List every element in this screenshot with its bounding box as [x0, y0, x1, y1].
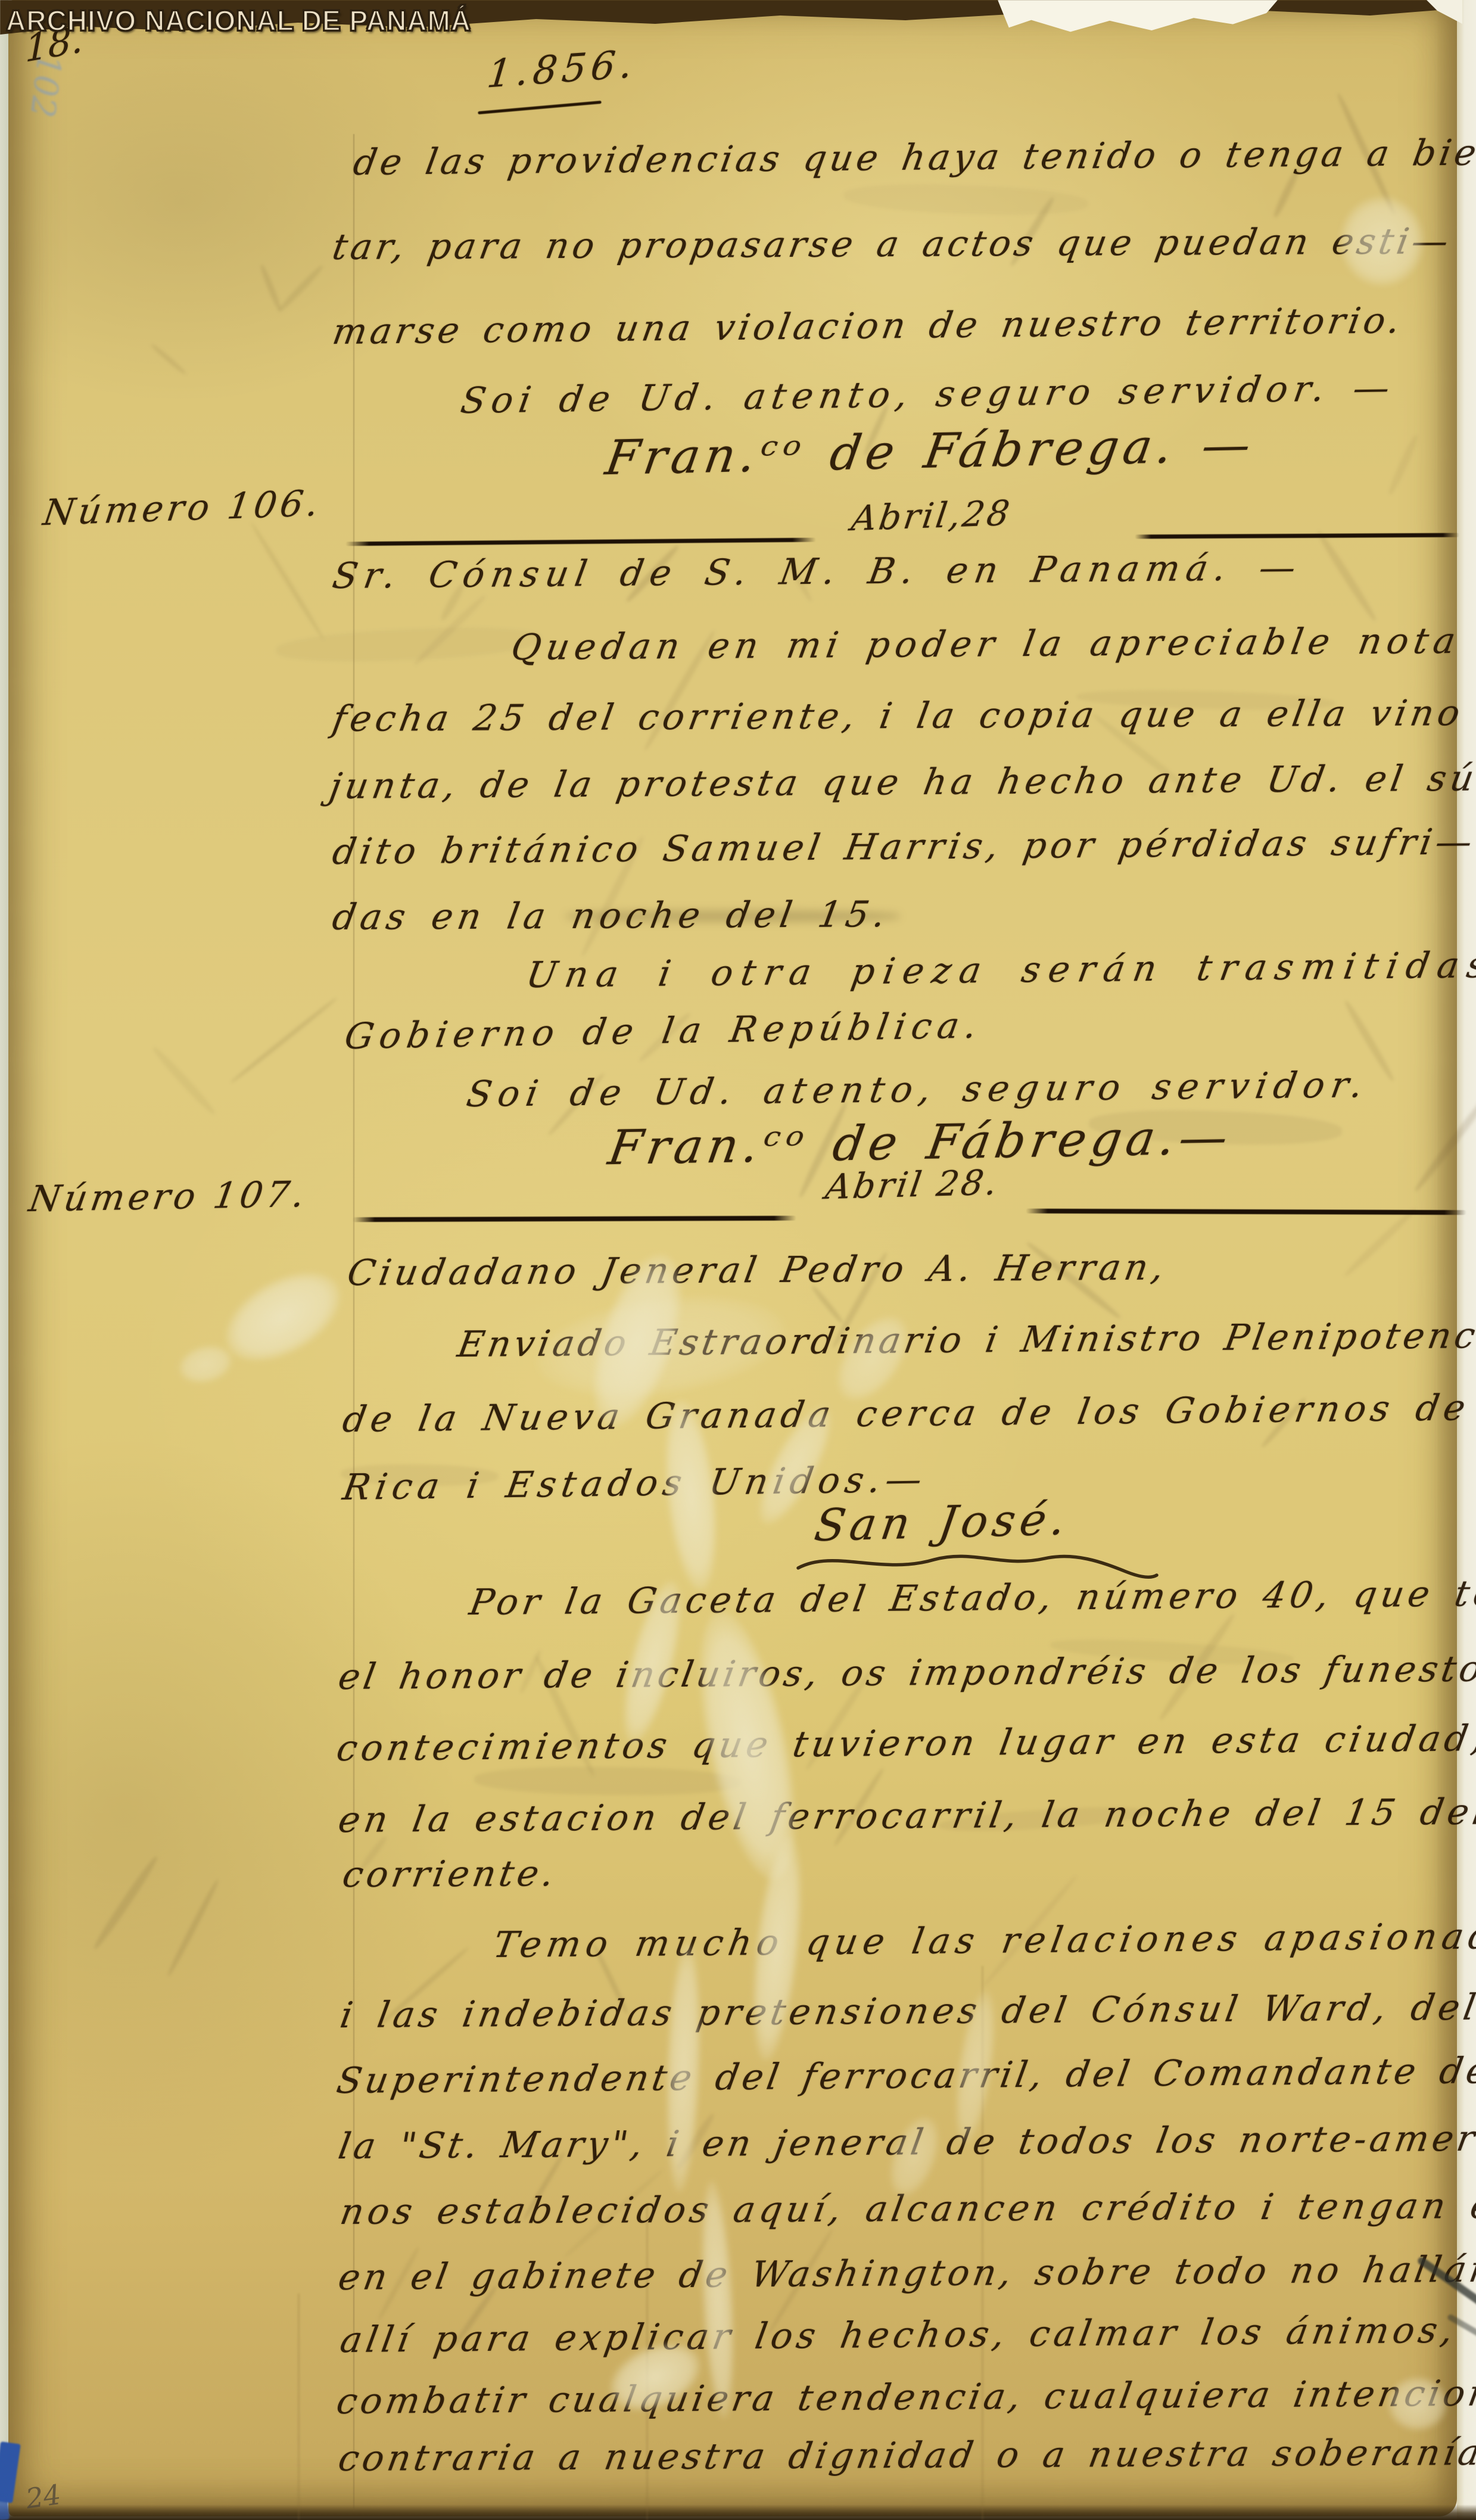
manuscript-line: en el gabinete de Washington, sobre todo…: [335, 2248, 1476, 2298]
manuscript-line: Temo mucho que las relaciones apasionada…: [490, 1915, 1476, 1967]
manuscript-line: Sr. Cónsul de S. M. B. en Panamá. —: [329, 547, 1305, 597]
manuscript-line: i las indebidas pretensiones del Cónsul …: [337, 1987, 1476, 2036]
manuscript-line: Ciudadano Jeneral Pedro A. Herran,: [344, 1246, 1171, 1294]
san-jose-underline-flourish: [792, 1544, 1162, 1592]
paper-stain: [1340, 197, 1424, 286]
manuscript-line: en la estacion del ferrocarril, la noche…: [335, 1791, 1476, 1841]
paper-crease: [298, 2294, 300, 2520]
manuscript-line: junta, de la protesta que ha hecho ante …: [326, 757, 1476, 807]
page-bottom-edge-shadow: [0, 2505, 1476, 2520]
paper-stain: [1388, 2377, 1447, 2431]
scanned-manuscript-page: 102 18. 1.856. Número 106. Abril,28 Núme…: [0, 0, 1476, 2520]
manuscript-line: tar, para no propasarse a actos que pued…: [329, 220, 1455, 268]
manuscript-line: corriente.: [340, 1853, 560, 1896]
pencil-page-number: 24: [24, 2478, 63, 2515]
manuscript-line: contraria a nuestra dignidad o a nuestra…: [335, 2431, 1476, 2479]
manuscript-line: combatir cualquiera tendencia, cualquier…: [334, 2372, 1476, 2422]
scanner-edge-left: [0, 0, 8, 2520]
manuscript-line: das en la noche del 15.: [329, 894, 893, 938]
manuscript-line: Quedan en mi poder la apreciable nota de…: [508, 619, 1476, 668]
manuscript-line: San José.: [811, 1494, 1073, 1552]
manuscript-line: el honor de incluiros, os impondréis de …: [335, 1647, 1476, 1698]
margin-entry-number-107: Número 107.: [26, 1174, 311, 1220]
manuscript-line: fecha 25 del corriente, i la copia que a…: [329, 692, 1476, 740]
manuscript-line: Fran.ᶜᵒ de Fábrega.—: [605, 1109, 1236, 1176]
archive-watermark-title: ARCHIVO NACIONAL DE PANAMÁ: [6, 5, 471, 38]
entry-date-106: Abril,28: [849, 493, 1014, 539]
